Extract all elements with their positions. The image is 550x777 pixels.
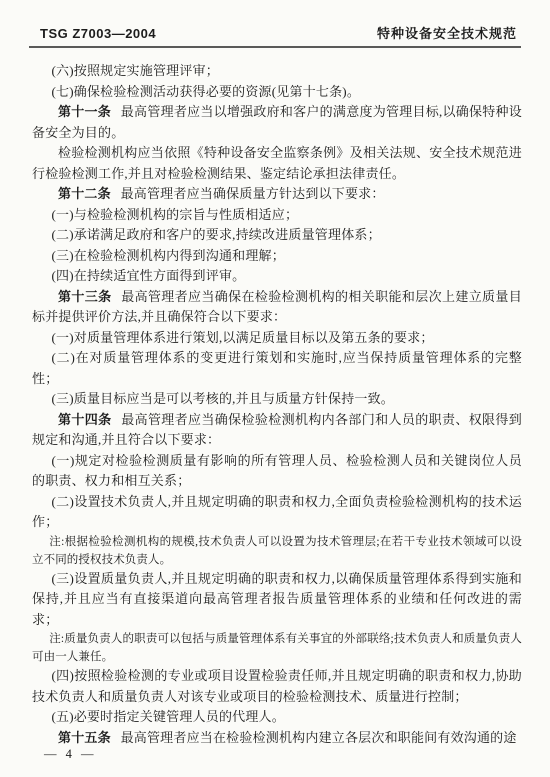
paragraph-text: (五)必要时指定关键管理人员的代理人。: [52, 709, 285, 724]
page-header: TSG Z7003—2004 特种设备安全技术规范: [0, 0, 550, 41]
paragraph-text: (一)与检验检测机构的宗旨与性质相适应；: [52, 207, 299, 222]
document-title: 特种设备安全技术规范: [377, 26, 517, 41]
document-code: TSG Z7003—2004: [40, 26, 156, 41]
paragraph-text: (四)在持续适宜性方面得到评审。: [52, 268, 246, 283]
body-paragraph: (七)确保检验检测活动获得必要的资源(见第十七条)。: [32, 82, 522, 103]
page-footer: — 4 —: [44, 747, 97, 762]
body-paragraph: 检验检测机构应当依照《特种设备安全监察条例》及相关法规、安全技术规范进行检验检测…: [32, 143, 522, 184]
body-paragraph: (一)对质量管理体系进行策划,以满足质量目标以及第五条的要求；: [32, 328, 522, 349]
paragraph-text: (四)按照检验检测的专业或项目设置检验责任师,并且规定明确的职责和权力,协助技术…: [32, 668, 522, 704]
body-paragraph: (三)设置质量负责人,并且规定明确的职责和权力,以确保质量管理体系得到实施和保持…: [32, 569, 522, 631]
article-number: 第十四条: [58, 412, 111, 427]
article-number: 第十二条: [58, 186, 111, 201]
paragraph-text: (二)设置技术负责人,并且规定明确的职责和权力,全面负责检验检测机构的技术运作；: [32, 494, 522, 530]
paragraph-text: 注:根据检验检测机构的规模,技术负责人可以设置为技术管理层;在若干专业技术领域可…: [32, 536, 522, 566]
body-paragraph: (六)按照规定实施管理评审；: [32, 61, 522, 82]
body-paragraph: (一)与检验检测机构的宗旨与性质相适应；: [32, 205, 522, 226]
document-body: (六)按照规定实施管理评审；(七)确保检验检测活动获得必要的资源(见第十七条)。…: [0, 48, 550, 748]
article-paragraph: 第十五条最高管理者应当在检验检测机构内建立各层次和职能间有效沟通的途: [32, 728, 522, 749]
body-paragraph: (五)必要时指定关键管理人员的代理人。: [32, 707, 522, 728]
paragraph-text: 最高管理者应当确保质量方针达到以下要求：: [121, 186, 385, 201]
article-paragraph: 第十一条最高管理者应当以增强政府和客户的满意度为管理目标,以确保特种设备安全为目…: [32, 102, 522, 143]
article-number: 第十三条: [58, 289, 111, 304]
paragraph-text: (二)承诺满足政府和客户的要求,持续改进质量管理体系；: [52, 227, 381, 242]
article-paragraph: 第十二条最高管理者应当确保质量方针达到以下要求：: [32, 184, 522, 205]
article-paragraph: 第十三条最高管理者应当确保在检验检测机构的相关职能和层次上建立质量目标并提供评价…: [32, 287, 522, 328]
paragraph-text: 注:质量负责人的职责可以包括与质量管理体系有关事宜的外部联络;技术负责人和质量负…: [32, 633, 522, 663]
paragraph-text: (三)质量目标应当是可以考核的,并且与质量方针保持一致。: [52, 391, 395, 406]
paragraph-text: (三)设置质量负责人,并且规定明确的职责和权力,以确保质量管理体系得到实施和保持…: [32, 571, 522, 627]
body-paragraph: (四)按照检验检测的专业或项目设置检验责任师,并且规定明确的职责和权力,协助技术…: [32, 666, 522, 707]
page-number: — 4 —: [44, 747, 97, 761]
paragraph-text: 最高管理者应当在检验检测机构内建立各层次和职能间有效沟通的途: [121, 730, 517, 745]
body-paragraph: (三)在检验检测机构内得到沟通和理解；: [32, 246, 522, 267]
paragraph-text: (六)按照规定实施管理评审；: [52, 63, 219, 78]
paragraph-text: (一)规定对检验检测质量有影响的所有管理人员、检验检测人员和关键岗位人员的职责、…: [32, 453, 522, 489]
body-paragraph: (二)在对质量管理体系的变更进行策划和实施时,应当保持质量管理体系的完整性；: [32, 348, 522, 389]
paragraph-text: (七)确保检验检测活动获得必要的资源(见第十七条)。: [52, 84, 361, 99]
document-page: TSG Z7003—2004 特种设备安全技术规范 (六)按照规定实施管理评审；…: [0, 0, 550, 777]
body-paragraph: (二)设置技术负责人,并且规定明确的职责和权力,全面负责检验检测机构的技术运作；: [32, 492, 522, 533]
article-number: 第十一条: [58, 104, 111, 119]
body-paragraph: (一)规定对检验检测质量有影响的所有管理人员、检验检测人员和关键岗位人员的职责、…: [32, 451, 522, 492]
paragraph-text: (三)在检验检测机构内得到沟通和理解；: [52, 248, 285, 263]
body-paragraph: (三)质量目标应当是可以考核的,并且与质量方针保持一致。: [32, 389, 522, 410]
body-paragraph: (四)在持续适宜性方面得到评审。: [32, 266, 522, 287]
header-rule: [29, 46, 521, 48]
paragraph-text: 检验检测机构应当依照《特种设备安全监察条例》及相关法规、安全技术规范进行检验检测…: [32, 145, 522, 181]
paragraph-text: (一)对质量管理体系进行策划,以满足质量目标以及第五条的要求；: [52, 330, 434, 345]
article-paragraph: 第十四条最高管理者应当确保检验检测机构内各部门和人员的职责、权限得到规定和沟通,…: [32, 410, 522, 451]
note-paragraph: 注:质量负责人的职责可以包括与质量管理体系有关事宜的外部联络;技术负责人和质量负…: [32, 630, 522, 666]
note-paragraph: 注:根据检验检测机构的规模,技术负责人可以设置为技术管理层;在若干专业技术领域可…: [32, 533, 522, 569]
body-paragraph: (二)承诺满足政府和客户的要求,持续改进质量管理体系；: [32, 225, 522, 246]
article-number: 第十五条: [58, 730, 111, 745]
paragraph-text: (二)在对质量管理体系的变更进行策划和实施时,应当保持质量管理体系的完整性；: [32, 350, 522, 386]
